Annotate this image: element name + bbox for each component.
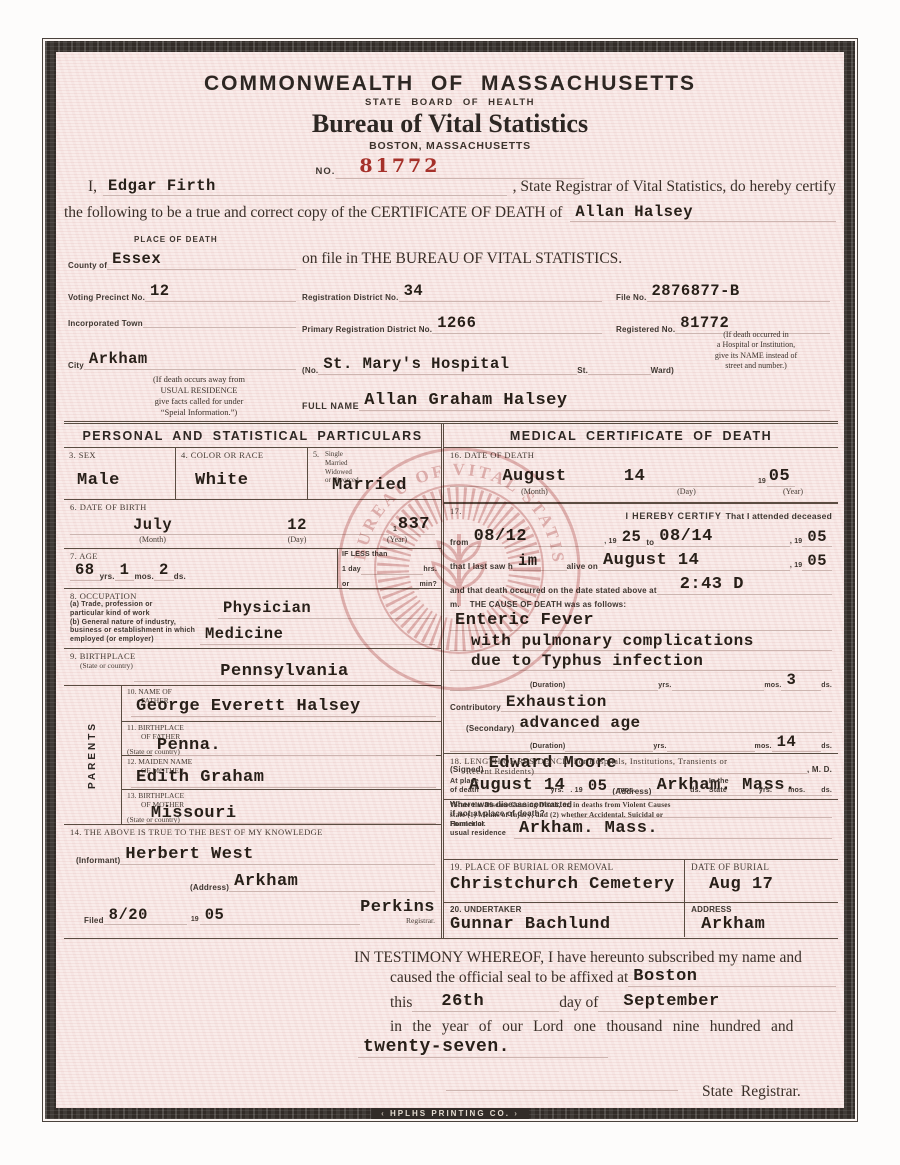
secondary-value: advanced age: [514, 715, 645, 733]
testimony-day: 26th: [436, 993, 489, 1012]
hereby-certify-line: I HEREBY CERTIFY That I attended decease…: [462, 506, 832, 524]
filed-label: Filed: [84, 916, 104, 925]
parents-strip: PARENTS: [64, 686, 122, 824]
blank-line: [221, 184, 507, 196]
birthplace-cell: 9. BIRTHPLACE (State or country) Pennsyl…: [64, 649, 441, 686]
mother-name-cell: 12. MAIDEN NAME OF MOTHER Edith Graham: [122, 756, 441, 791]
certify-line-2: the following to be a true and correct c…: [64, 204, 836, 222]
informant-address-label: (Address): [190, 883, 229, 892]
dod-day-segment: 14 (Day): [619, 468, 754, 496]
last-saw-him: im: [513, 554, 543, 572]
race-cell: 4. COLOR OR RACE White: [176, 448, 308, 499]
blank-line: [496, 784, 551, 796]
former-residence-value: Arkham. Mass.: [514, 820, 663, 839]
incorporated-town-label: Incorporated Town: [68, 319, 143, 328]
comma-19: , 19: [790, 562, 802, 571]
testimony-line-4: in the year of our Lord one thousand nin…: [390, 1018, 793, 1036]
former-residence-label: Former or usual residence: [450, 821, 514, 839]
testimony-line2-text: caused the official seal to be affixed a…: [390, 969, 628, 987]
age-months: 1: [115, 563, 135, 581]
dob-day: 12: [282, 518, 312, 536]
file-no-value: 2876877-B: [647, 284, 745, 302]
registered-no-label: Registered No.: [616, 325, 675, 334]
blank-line: [489, 1000, 559, 1012]
primary-district-value: 1266: [432, 316, 481, 334]
hospital-note-line: a Hospital or Institution,: [682, 340, 830, 350]
blank-line: [772, 784, 788, 796]
testimony-block: IN TESTIMONY WHEREOF, I have hereunto su…: [64, 938, 838, 1108]
blank-line: [698, 210, 836, 222]
where-line: Where was disease contracted: [450, 800, 572, 809]
race-value: White: [195, 472, 302, 489]
blank-line: [428, 290, 602, 302]
duration-caption: (Duration): [530, 682, 565, 691]
undertaker-address-cell: ADDRESS Arkham: [685, 903, 838, 937]
blank-line: [166, 258, 296, 270]
state-board-subtitle: STATE BOARD OF HEALTH: [56, 97, 844, 108]
parents-block: PARENTS 10. NAME OF FATHER George Everet…: [64, 686, 441, 825]
hospital-name: St. Mary's Hospital: [318, 357, 514, 375]
undertaker-name: Gunnar Bachlund: [450, 916, 678, 933]
ds-caption: ds.: [174, 572, 186, 581]
occupation-b-value: Medicine: [200, 627, 288, 645]
blank-line: [708, 659, 832, 671]
blank-line: [481, 322, 602, 334]
occupation-cell: 8. OCCUPATION (a) Trade, profession or p…: [64, 589, 441, 649]
incorporated-town-row: Incorporated Town: [68, 316, 296, 328]
place-of-burial-cell: 19. PLACE OF BURIAL OR REMOVAL Christchu…: [444, 860, 685, 902]
blank-line: [543, 559, 567, 571]
certify-line2-text: the following to be a true and correct c…: [64, 204, 562, 222]
attended-from-year: 25: [617, 530, 647, 548]
secondary-duration-months: 14: [772, 735, 802, 753]
father-name: George Everett Halsey: [131, 698, 366, 717]
residence-note-line: give facts called for under: [96, 396, 302, 407]
blank-line: [725, 1000, 836, 1012]
hospital-note-line: street and number.): [682, 361, 830, 371]
precinct-row: Voting Precinct No. 12: [68, 284, 296, 302]
registrar-signature-block: Perkins Registrar.: [360, 899, 435, 925]
father-birthplace-cell: 11. BIRTHPLACE OF FATHER (State or count…: [122, 722, 441, 756]
blank-line: [175, 290, 296, 302]
blank-line: [532, 535, 604, 547]
truth-statement: 14. THE ABOVE IS TRUE TO THE BEST OF MY …: [70, 827, 435, 837]
certificate-number-row: NO. 81772: [316, 155, 585, 179]
blank-line: [153, 913, 187, 925]
mos-caption: mos.: [618, 787, 635, 796]
blank-line: [667, 740, 755, 752]
place-of-death-title: PLACE OF DEATH: [134, 235, 218, 244]
to-label: to: [646, 538, 654, 547]
marital-option: Married: [325, 459, 436, 468]
blank-line: [412, 1000, 436, 1012]
blank-line: [354, 670, 435, 682]
ds-caption: ds.: [821, 682, 832, 691]
blank-line: [599, 619, 832, 631]
undertaker-address: Arkham: [701, 916, 832, 933]
blank-line: [450, 659, 466, 671]
occupation-a-label: (a) Trade, profession or particular kind…: [70, 601, 218, 619]
blank-line: [718, 535, 790, 547]
occupation-a-label-line: (a) Trade, profession or: [70, 601, 218, 610]
blank-line: [745, 290, 830, 302]
filed-year: 05: [200, 908, 230, 926]
birthplace-label: 9. BIRTHPLACE: [70, 651, 435, 661]
blank-line: [573, 399, 830, 411]
hospital-note: (If death occurred in a Hospital or Inst…: [682, 330, 830, 372]
personal-column-header: PERSONAL AND STATISTICAL PARTICULARS: [64, 424, 441, 448]
burial-place: Christchurch Cemetery: [450, 876, 678, 893]
race-label: 4. COLOR OR RACE: [181, 450, 302, 460]
parents-label: PARENTS: [87, 721, 98, 789]
testimony-line-3: this 26th day of September: [390, 993, 836, 1012]
ds-caption: ds.: [690, 787, 701, 796]
blank-line: [672, 679, 765, 691]
year-printed-19: 19: [754, 478, 767, 487]
blank-line: [177, 523, 235, 535]
blank-line: [303, 880, 435, 892]
contributory-value: Exhaustion: [501, 694, 612, 712]
blank-line: [657, 583, 675, 595]
father-name-cell: 10. NAME OF FATHER George Everett Halsey: [122, 686, 441, 722]
death-certificate-page: COMMONWEALTH OF MASSACHUSETTS STATE BOAR…: [0, 0, 900, 1165]
if-less-line: IF LESS than: [342, 551, 437, 560]
state-registrar-label: State Registrar.: [702, 1083, 801, 1101]
testimony-line-2: caused the official seal to be affixed a…: [390, 968, 836, 987]
county-label: County of: [68, 261, 107, 270]
ds-caption: ds.: [821, 787, 832, 796]
blank-line: [450, 740, 530, 752]
certificate-number: 81772: [335, 155, 464, 179]
blank-line: [801, 740, 821, 752]
age-cell: 7. AGE 68 yrs. 1 mos. 2 ds. IF LESS than…: [64, 549, 441, 589]
marital-cell: 5. Single Married Widowed or Divorced Ma…: [308, 448, 441, 499]
blank-line: [801, 679, 821, 691]
blank-line: [349, 578, 419, 590]
hospital-row: (No. St. Mary's Hospital St. Ward): [302, 357, 674, 375]
blank-line: [572, 806, 832, 818]
ornate-border-band: COMMONWEALTH OF MASSACHUSETTS STATE BOAR…: [45, 41, 855, 1119]
informant-block: 14. THE ABOVE IS TRUE TO THE BEST OF MY …: [64, 825, 441, 938]
yrs-caption: yrs.: [759, 787, 772, 796]
precinct-value: 12: [145, 284, 175, 302]
deceased-name: Allan Halsey: [570, 205, 698, 223]
year-caption: (Year): [359, 535, 435, 544]
medical-column-header: MEDICAL CERTIFICATE OF DEATH: [444, 424, 838, 448]
blank-line: [153, 358, 296, 370]
mother-birthplace-cell: 13. BIRTHPLACE OF MOTHER (State or count…: [122, 790, 441, 824]
printer-credit: HPLHS PRINTING CO.: [371, 1108, 529, 1119]
on-file-text: on file in THE BUREAU OF VITAL STATISTIC…: [302, 250, 622, 268]
hereby-certify-rest: That I attended deceased: [726, 511, 832, 521]
comma-19: , 19: [790, 538, 802, 547]
cause-line-2: with pulmonary complications: [466, 633, 759, 651]
testimony-line-1: IN TESTIMONY WHEREOF, I have hereunto su…: [354, 949, 802, 967]
last-saw-label: that I last saw h: [450, 562, 513, 571]
comma-19: , 19: [604, 538, 616, 547]
blank-line: [361, 563, 423, 575]
blank-line: [235, 523, 282, 535]
marital-number: 5.: [313, 450, 319, 459]
one-day-label: 1 day: [342, 566, 361, 575]
dob-month-segment: July (Month): [70, 518, 235, 545]
yrs-caption: yrs.: [653, 743, 666, 752]
mos-caption: mos.: [755, 743, 772, 752]
certificate-paper: COMMONWEALTH OF MASSACHUSETTS STATE BOAR…: [56, 52, 844, 1108]
blank-line: [650, 475, 754, 487]
marital-option: Single: [325, 450, 436, 459]
blank-line: [704, 559, 790, 571]
residence-note-line: “Speial Information.”): [96, 407, 302, 418]
blank-line: [663, 827, 832, 839]
full-name-label: FULL NAME: [302, 401, 359, 411]
date-of-birth-cell: 6. DATE OF BIRTH July (Month) 12 (Day) 1…: [64, 500, 441, 549]
year-caption: (Year): [754, 487, 832, 496]
blank-line: [450, 639, 466, 651]
city-row: City Arkham: [68, 352, 296, 370]
blank-line: [450, 475, 497, 487]
blank-line: [646, 721, 832, 733]
blank-line: [366, 705, 436, 717]
parents-fields: 10. NAME OF FATHER George Everett Halsey…: [122, 686, 441, 824]
dod-label: 16. DATE OF DEATH: [450, 450, 832, 460]
st-label: St.: [577, 366, 588, 375]
yrs-caption: yrs.: [658, 682, 671, 691]
undertaker-row: 20. UNDERTAKER Gunnar Bachlund ADDRESS A…: [444, 903, 838, 937]
blank-line: [703, 975, 836, 987]
m-label: m.: [450, 600, 460, 609]
blank-line: [572, 475, 619, 487]
dod-year-segment: 1905 (Year): [754, 468, 832, 496]
blank-line: [226, 744, 436, 756]
in-the-line: In the: [709, 778, 743, 787]
day-caption: (Day): [235, 535, 359, 544]
dob-label: 6. DATE OF BIRTH: [70, 502, 435, 512]
registrar-signature: Perkins: [360, 899, 435, 916]
at-place-line: At place: [450, 778, 496, 787]
residence-note: (If death occurs away from USUAL RESIDEN…: [96, 374, 302, 418]
residence-note-line: USUAL RESIDENCE: [96, 385, 302, 396]
duration-caption: (Duration): [530, 743, 565, 752]
birthplace-value-row: Pennsylvania: [134, 663, 435, 682]
blank-line: [143, 316, 296, 328]
cause-line-3: due to Typhus infection: [466, 653, 708, 671]
s18-label-line: 18. LENGTH OF RESIDENCE (For Hospitals, …: [450, 756, 832, 766]
registration-district-row: Registration District No. 34: [302, 284, 602, 302]
mos-caption: mos.: [788, 787, 805, 796]
blank-line: [565, 679, 658, 691]
yrs-caption: yrs.: [100, 572, 115, 581]
mother-birthplace: Missouri: [146, 805, 242, 824]
city-label: City: [68, 361, 84, 370]
blank-line: [588, 363, 651, 375]
commonwealth-title: COMMONWEALTH OF MASSACHUSETTS: [56, 72, 844, 96]
age-years: 68: [70, 563, 100, 581]
s18-label-line: Recent Residents): [466, 766, 832, 776]
attended-to: 08/14: [654, 528, 718, 547]
blank-line: [229, 913, 360, 925]
year-printed-prefix: 1: [389, 526, 398, 535]
city-value: Arkham: [84, 352, 153, 370]
in-the-line: State: [709, 787, 743, 796]
time-of-death: 2:43 D: [675, 576, 749, 595]
registrar-name: Edgar Firth: [103, 179, 221, 197]
registration-district-value: 34: [399, 284, 429, 302]
date-of-burial-cell: DATE OF BURIAL Aug 17: [685, 860, 838, 902]
blank-line: [612, 700, 832, 712]
secondary-label: (Secondary): [466, 724, 514, 733]
dod-month-segment: August (Month): [450, 468, 619, 496]
bureau-title: Bureau of Vital Statistics: [56, 109, 844, 139]
file-no-row: File No. 2876877-B: [616, 284, 830, 302]
yrs-caption: yrs.: [551, 787, 564, 796]
cause-line-1: Enteric Fever: [450, 612, 599, 631]
alive-on-date: August 14: [598, 552, 704, 571]
blank-line: [598, 1000, 618, 1012]
cause-of-death-label: THE CAUSE OF DEATH was as follows:: [470, 600, 626, 609]
blank-line: [805, 784, 821, 796]
blank-line: [749, 583, 832, 595]
blank-line: [242, 812, 436, 824]
dod-year: 05: [767, 468, 795, 487]
sex-cell: 3. SEX Male: [64, 448, 176, 499]
certify-i: I,: [88, 178, 97, 196]
s17-number: 17.: [450, 506, 462, 516]
testimony-year-row: twenty-seven.: [358, 1038, 608, 1058]
month-caption: (Month): [450, 487, 619, 496]
length-of-residence-cell: 18. LENGTH OF RESIDENCE (For Hospitals, …: [444, 754, 838, 860]
blank-line: [515, 1046, 608, 1058]
blank-line: [316, 607, 435, 619]
at-place-label: At place of death: [450, 778, 496, 796]
attended-to-year: 05: [802, 530, 832, 548]
dod-day: 14: [619, 468, 650, 487]
informant-label: (Informant): [76, 856, 120, 865]
burial-date: Aug 17: [709, 876, 832, 893]
testimony-year-words: twenty-seven.: [358, 1038, 515, 1058]
age-values: 7. AGE 68 yrs. 1 mos. 2 ds.: [64, 549, 337, 588]
hospital-no-label: (No.: [302, 366, 318, 375]
filed-19: 19: [187, 916, 200, 925]
age-label: 7. AGE: [70, 551, 331, 561]
blank-line: [288, 633, 435, 645]
filed-date: 8/20: [104, 908, 153, 926]
date-of-death-cell: 16. DATE OF DEATH August (Month) 14 (Day…: [444, 448, 838, 504]
blank-line: [636, 784, 691, 796]
blank-line: [269, 776, 436, 788]
undertaker-address-label: ADDRESS: [691, 905, 832, 914]
blank-line: [450, 679, 530, 691]
at-place-line: of death: [450, 787, 496, 796]
blank-line: [259, 853, 435, 865]
personal-column: PERSONAL AND STATISTICAL PARTICULARS 3. …: [64, 424, 444, 938]
blank-line: [312, 523, 359, 535]
birthplace-value: Pennsylvania: [215, 663, 353, 682]
dob-year: 837: [398, 516, 435, 535]
ds-caption: ds.: [821, 743, 832, 752]
father-label-line: 10. NAME OF: [127, 687, 436, 696]
county-value: Essex: [107, 252, 166, 270]
sex-race-marital-row: 3. SEX Male 4. COLOR OR RACE White 5. Si…: [64, 448, 441, 500]
primary-district-row: Primary Registration District No. 1266: [302, 316, 602, 334]
where-line: if not at place of death?: [450, 809, 572, 818]
marital-option: Widowed: [325, 468, 436, 477]
informant-address: Arkham: [229, 873, 303, 892]
blank-line: [134, 670, 215, 682]
hereby-certify-strong: I HEREBY CERTIFY: [625, 511, 721, 521]
registration-district-label: Registration District No.: [302, 293, 399, 302]
ward-label: Ward): [651, 366, 674, 375]
medical-column: MEDICAL CERTIFICATE OF DEATH 16. DATE OF…: [444, 424, 838, 938]
alive-on-label: alive on: [567, 562, 598, 571]
blank-line: [759, 639, 832, 651]
former-line: usual residence: [450, 830, 514, 839]
dob-year-segment: 1837 (Year): [359, 516, 435, 544]
registrar-caption: Registrar.: [406, 916, 435, 925]
occupation-a-label-line: particular kind of work: [70, 610, 218, 619]
certify-rest: , State Registrar of Vital Statistics, d…: [513, 178, 836, 196]
this-label: this: [390, 994, 412, 1012]
where-contracted-label: Where was disease contracted if not at p…: [450, 800, 572, 818]
cause-duration-months: 3: [781, 673, 801, 691]
burial-date-label: DATE OF BURIAL: [691, 862, 832, 872]
dob-day-segment: 12 (Day): [235, 518, 359, 545]
section-17-cell: 17. I HEREBY CERTIFY That I attended dec…: [444, 504, 838, 754]
county-row: County of Essex: [68, 252, 296, 270]
sex-label: 3. SEX: [69, 450, 170, 460]
undertaker-label: 20. UNDERTAKER: [450, 905, 678, 914]
form-grid: PERSONAL AND STATISTICAL PARTICULARS 3. …: [64, 421, 838, 939]
age-days: 2: [154, 563, 174, 581]
month-caption: (Month): [70, 535, 235, 544]
primary-district-label: Primary Registration District No.: [302, 325, 432, 334]
marital-value: Married: [332, 477, 407, 494]
mother-bp-label-line: 13. BIRTHPLACE: [127, 791, 436, 800]
hrs-label: hrs.: [423, 566, 437, 575]
blank-line: [565, 740, 653, 752]
file-no-label: File No.: [616, 293, 647, 302]
ornate-frame: COMMONWEALTH OF MASSACHUSETTS STATE BOAR…: [42, 38, 858, 1122]
hospital-note-line: give its NAME instead of: [682, 351, 830, 361]
former-line: Former or: [450, 821, 514, 830]
blank-line: [70, 523, 128, 535]
in-the-state-label: In the State: [709, 778, 743, 796]
testimony-month: September: [618, 993, 724, 1012]
seal-city: Boston: [628, 968, 702, 987]
mos-caption: mos.: [764, 682, 781, 691]
dob-month: July: [128, 518, 177, 536]
contributory-label: Contributory: [450, 703, 501, 712]
mother-label-line: 12. MAIDEN NAME: [127, 757, 436, 766]
certify-line-1: I, Edgar Firth , State Registrar of Vita…: [88, 178, 836, 196]
undertaker-cell: 20. UNDERTAKER Gunnar Bachlund: [444, 903, 685, 937]
full-name-row: FULL NAME Allan Graham Halsey: [302, 392, 830, 411]
occupation-a-value: Physician: [218, 601, 316, 619]
mos-caption: mos.: [134, 572, 153, 581]
father-birthplace: Penna.: [152, 737, 226, 756]
hospital-note-line: (If death occurred in: [682, 330, 830, 340]
registrar-signature-line: [446, 1089, 678, 1091]
dod-month: August: [497, 468, 571, 487]
blank-line: [743, 784, 759, 796]
father-bp-label-line: 11. BIRTHPLACE: [127, 723, 436, 732]
sex-value: Male: [77, 472, 170, 489]
informant-name: Herbert West: [120, 846, 258, 865]
mother-name: Edith Graham: [131, 769, 269, 788]
from-label: from: [450, 538, 469, 547]
blank-line: [564, 784, 619, 796]
day-of-label: day of: [559, 994, 598, 1012]
